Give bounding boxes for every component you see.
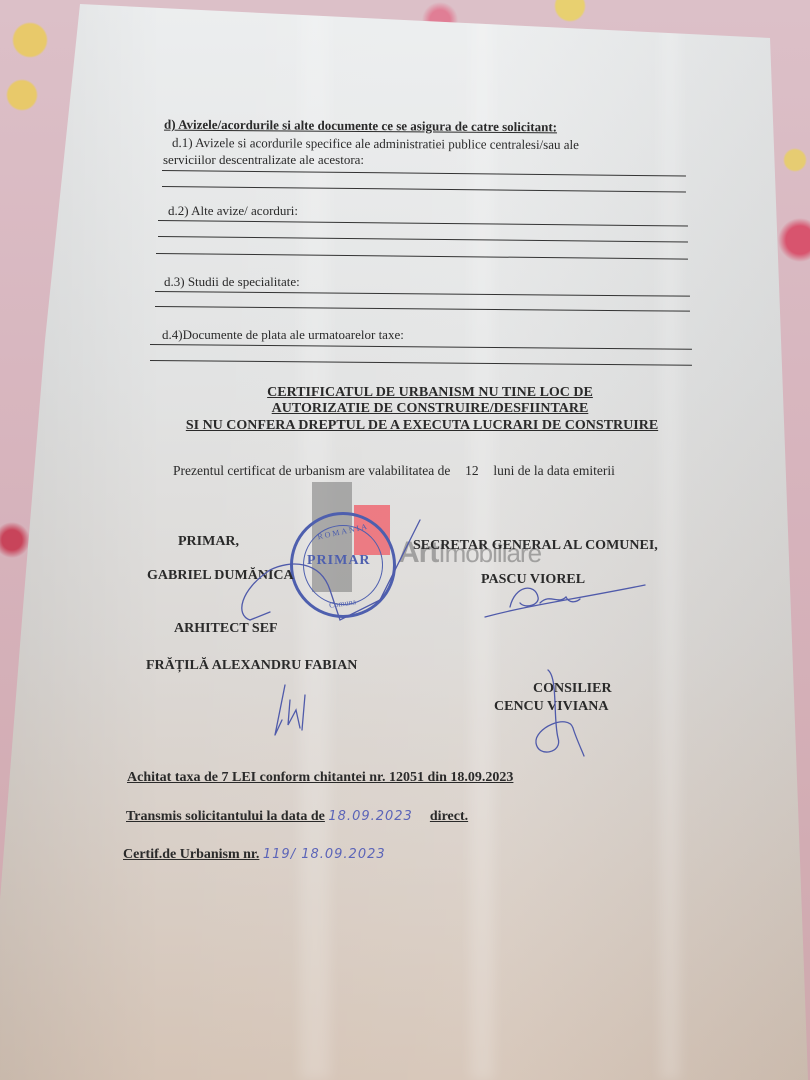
transmitted-prefix: Transmis solicitantului la data de xyxy=(126,809,325,824)
blank-line xyxy=(156,253,688,260)
secretary-signature xyxy=(480,575,650,625)
secretary-title: SECRETAR GENERAL AL COMUNEI, xyxy=(413,538,658,554)
transmitted-line: Transmis solicitantului la data de 18.09… xyxy=(126,809,468,825)
section-d3: d.3) Studii de specialitate: xyxy=(164,274,300,290)
section-d2: d.2) Alte avize/ acorduri: xyxy=(168,203,298,219)
validity-months: 12 xyxy=(465,463,479,478)
validity-prefix: Prezentul certificat de urbanism are val… xyxy=(173,463,450,478)
blank-line xyxy=(150,344,692,350)
blank-line xyxy=(162,186,686,192)
certificate-number-line: Certif.de Urbanism nr. 119/ 18.09.2023 xyxy=(123,847,413,863)
notice-line-1: CERTIFICATUL DE URBANISM NU TINE LOC DE xyxy=(150,385,710,401)
certificate-prefix: Certif.de Urbanism nr. xyxy=(123,847,259,862)
document: d) Avizele/acordurile si alte documente … xyxy=(0,0,810,1080)
blank-line xyxy=(158,220,688,227)
section-d4: d.4)Documente de plata ale urmatoarelor … xyxy=(162,327,404,343)
blank-line xyxy=(155,291,690,297)
section-d1-line1: d.1) Avizele si acordurile specifice ale… xyxy=(172,135,579,153)
blank-line xyxy=(150,360,692,366)
certificate-number-handwritten: 119/ 18.09.2023 xyxy=(263,847,413,862)
transmitted-date-handwritten: 18.09.2023 xyxy=(328,809,426,824)
mayor-signature xyxy=(230,520,430,630)
blank-line xyxy=(155,306,690,312)
architect-name: FRĂȚILĂ ALEXANDRU FABIAN xyxy=(146,658,357,674)
notice-line-3: SI NU CONFERA DREPTUL DE A EXECUTA LUCRA… xyxy=(162,418,682,434)
architect-signature xyxy=(270,680,320,740)
blank-line xyxy=(158,236,688,243)
validity-suffix: luni de la data emiterii xyxy=(493,463,614,478)
fee-paid-line: Achitat taxa de 7 LEI conform chitantei … xyxy=(127,770,513,786)
transmitted-suffix: direct. xyxy=(430,809,468,824)
section-d-title: d) Avizele/acordurile si alte documente … xyxy=(164,117,557,136)
notice-line-2: AUTORIZATIE DE CONSTRUIRE/DESFIINTARE xyxy=(150,401,710,417)
blank-line xyxy=(162,170,686,176)
advisor-signature xyxy=(528,668,598,758)
validity-statement: Prezentul certificat de urbanism are val… xyxy=(173,463,615,479)
section-d1-line2: serviciilor descentralizate ale acestora… xyxy=(163,152,364,168)
